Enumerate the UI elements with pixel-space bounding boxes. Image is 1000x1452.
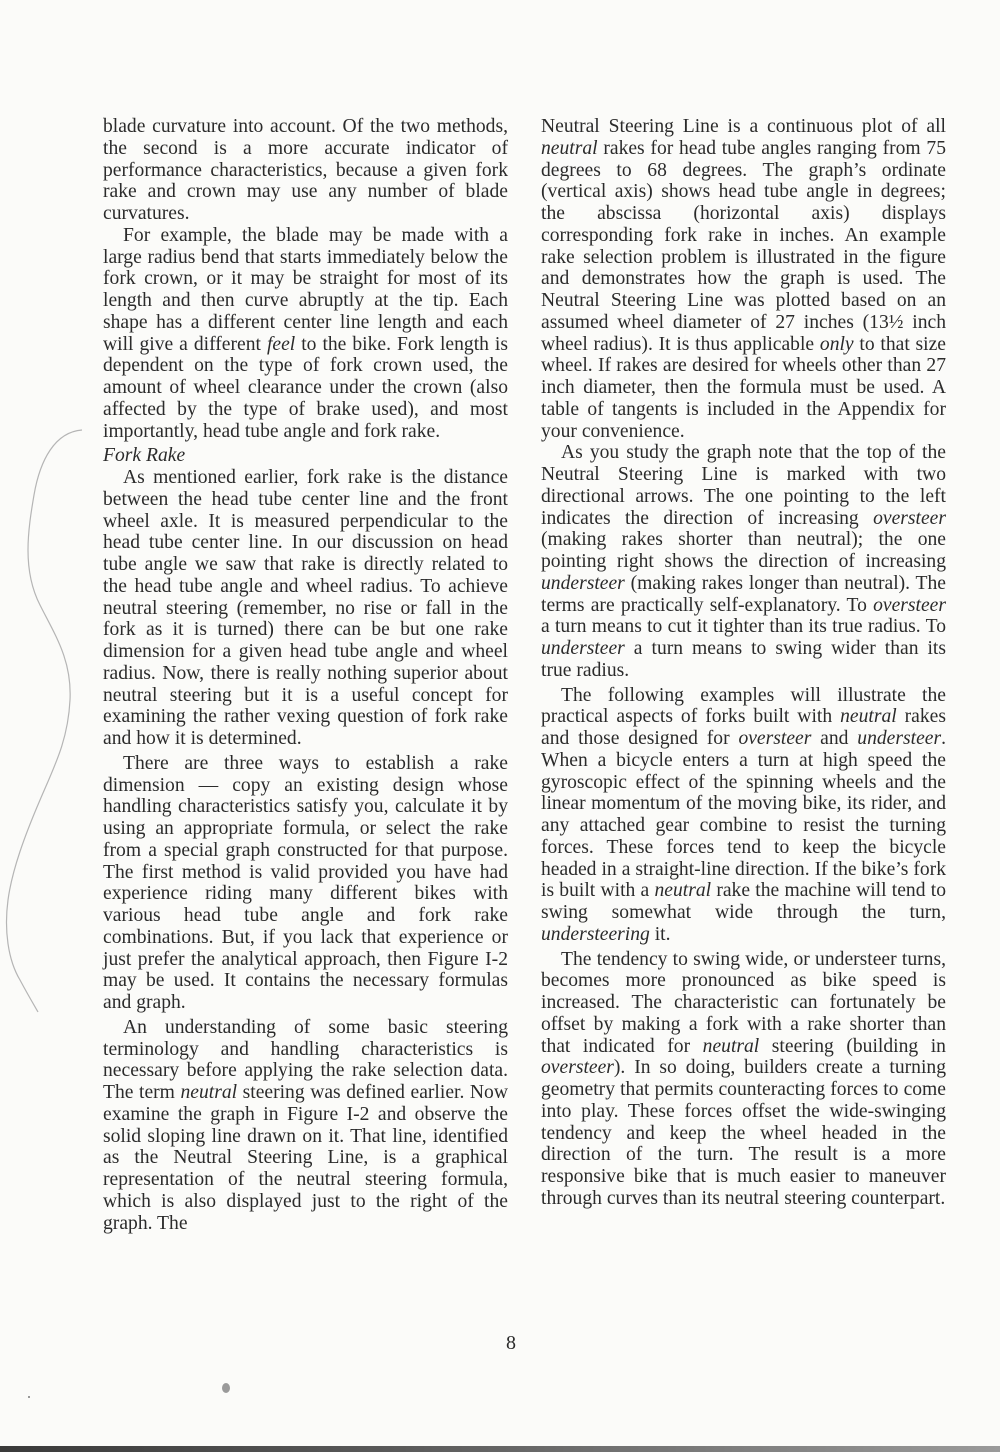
- book-page: blade curvature into account. Of the two…: [0, 0, 1000, 1452]
- emphasis: neutral: [654, 880, 711, 901]
- left-column: blade curvature into account. Of the two…: [103, 116, 508, 1234]
- paragraph: An understanding of some basic steering …: [103, 1017, 508, 1235]
- paragraph: The tendency to swing wide, or understee…: [541, 949, 946, 1210]
- emphasis: understeering: [541, 924, 650, 945]
- emphasis: neutral: [703, 1036, 760, 1057]
- paragraph: For example, the blade may be made with …: [103, 225, 508, 443]
- scanner-edge-shadow: [0, 1446, 1000, 1452]
- emphasis: oversteer: [873, 595, 946, 616]
- emphasis: understeer: [541, 573, 625, 594]
- emphasis: oversteer: [541, 1057, 614, 1078]
- emphasis: understeer: [857, 728, 941, 749]
- emphasis: neutral: [541, 138, 598, 159]
- emphasis: neutral: [180, 1082, 237, 1103]
- emphasis: only: [820, 334, 854, 355]
- section-heading-fork-rake: Fork Rake: [103, 445, 508, 467]
- emphasis: oversteer: [738, 728, 811, 749]
- right-column: Neutral Steering Line is a continuous pl…: [541, 116, 946, 1210]
- paragraph: As you study the graph note that the top…: [541, 442, 946, 681]
- paragraph: There are three ways to establish a rake…: [103, 753, 508, 1014]
- paragraph: The following examples will illustrate t…: [541, 685, 946, 946]
- paragraph: Neutral Steering Line is a continuous pl…: [541, 116, 946, 442]
- emphasis: neutral: [840, 706, 897, 727]
- emphasis: understeer: [541, 638, 625, 659]
- paragraph: blade curvature into account. Of the two…: [103, 116, 508, 225]
- emphasis: over­steer: [873, 508, 946, 529]
- emphasis: feel: [267, 334, 295, 355]
- dust-speck-icon: [28, 1396, 30, 1398]
- ink-smudge-icon: [222, 1383, 230, 1393]
- paragraph: As mentioned earlier, fork rake is the d…: [103, 467, 508, 750]
- page-number: 8: [506, 1332, 516, 1355]
- pencil-margin-mark-icon: [0, 420, 110, 1020]
